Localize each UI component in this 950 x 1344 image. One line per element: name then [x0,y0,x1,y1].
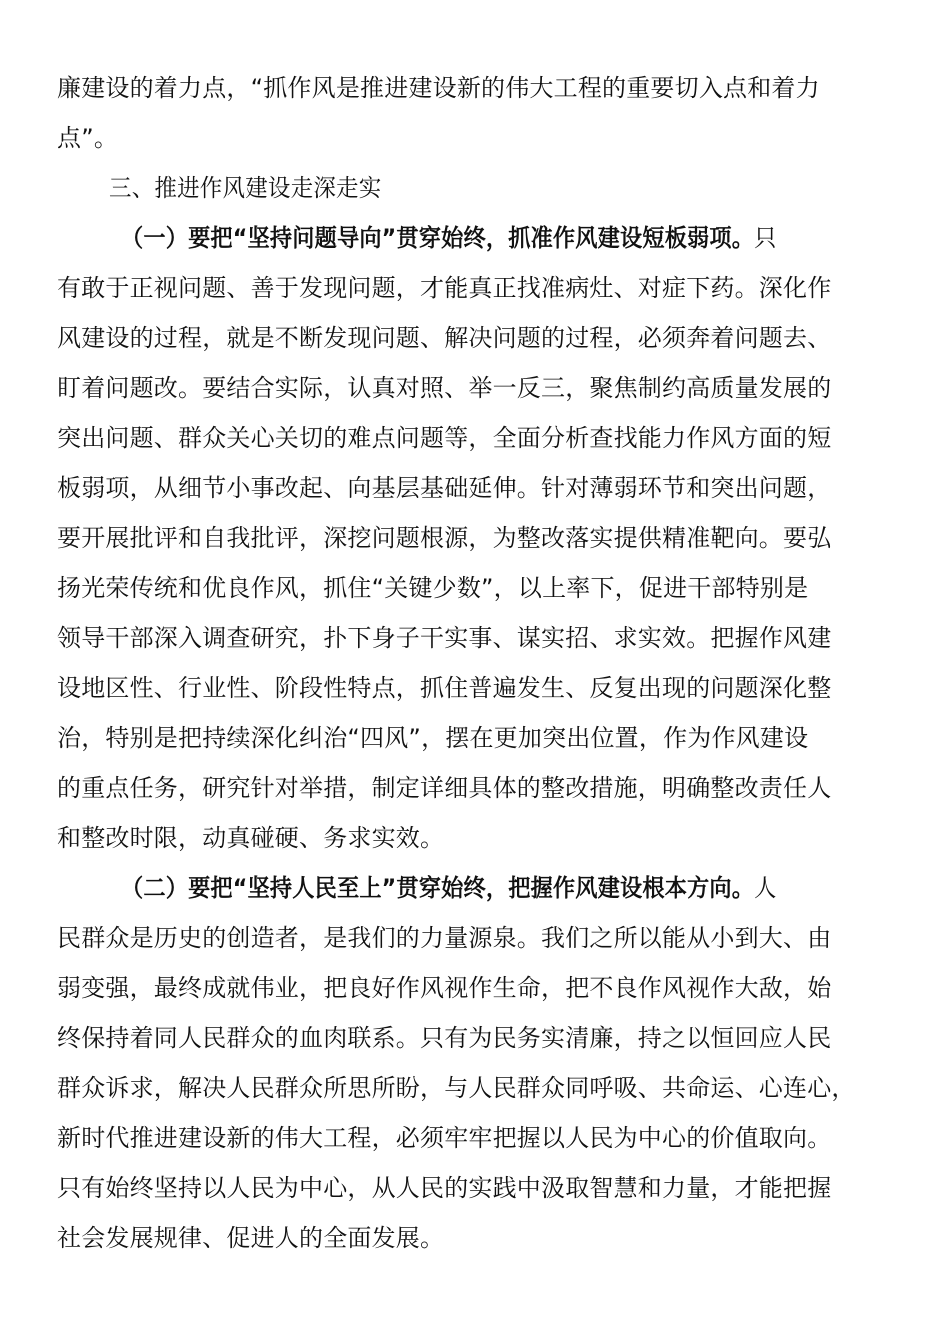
line-text: 群众诉求，解决人民群众所思所盼，与人民群众同呼吸、共命运、心连心， [57,1074,856,1102]
line-text: 只有始终坚持以人民为中心，从人民的实践中汲取智慧和力量，才能把握 [57,1174,831,1202]
text-line: 群众诉求，解决人民群众所思所盼，与人民群众同呼吸、共命运、心连心， [57,1063,897,1113]
line-text: 廉建设的着力点，“抓作风是推进建设新的伟大工程的重要切入点和着力 [57,74,820,102]
subsection-title: （二）要把“坚持人民至上”贯穿始终，把握作风建设根本方向。 [121,874,754,902]
text-line: 扬光荣传统和优良作风，抓住“关键少数”，以上率下，促进干部特别是 [57,563,897,613]
line-text: 要开展批评和自我批评，深挖问题根源，为整改落实提供精准靶向。要弘 [57,524,831,552]
text-line: 社会发展规律、促进人的全面发展。 [57,1213,897,1263]
subsection-title: （一）要把“坚持问题导向”贯穿始终，抓准作风建设短板弱项。 [121,224,754,252]
line-text: 新时代推进建设新的伟大工程，必须牢牢把握以人民为中心的价值取向。 [57,1124,831,1152]
text-line: 设地区性、行业性、阶段性特点，抓住普遍发生、反复出现的问题深化整 [57,663,897,713]
line-text: 只 [754,224,776,252]
document-page: 廉建设的着力点，“抓作风是推进建设新的伟大工程的重要切入点和着力 点”。 三、推… [0,0,950,1344]
text-line: 终保持着同人民群众的血肉联系。只有为民务实清廉，持之以恒回应人民 [57,1013,897,1063]
text-line: 民群众是历史的创造者，是我们的力量源泉。我们之所以能从小到大、由 [57,913,897,963]
section-heading: 三、推进作风建设走深走实 [109,163,897,213]
text-line: 要开展批评和自我批评，深挖问题根源，为整改落实提供精准靶向。要弘 [57,513,897,563]
line-text: 有敢于正视问题、善于发现问题，才能真正找准病灶、对症下药。深化作 [57,274,831,302]
heading-text: 三、推进作风建设走深走实 [109,174,381,202]
line-text: 盯着问题改。要结合实际，认真对照、举一反三，聚焦制约高质量发展的 [57,374,831,402]
text-line: 治，特别是把持续深化纠治“四风”，摆在更加突出位置，作为作风建设 [57,713,897,763]
text-line: 风建设的过程，就是不断发现问题、解决问题的过程，必须奔着问题去、 [57,313,897,363]
text-line: 只有始终坚持以人民为中心，从人民的实践中汲取智慧和力量，才能把握 [57,1163,897,1213]
line-text: 风建设的过程，就是不断发现问题、解决问题的过程，必须奔着问题去、 [57,324,831,352]
text-line: 有敢于正视问题、善于发现问题，才能真正找准病灶、对症下药。深化作 [57,263,897,313]
line-text: 治，特别是把持续深化纠治“四风”，摆在更加突出位置，作为作风建设 [57,724,808,752]
line-text: 板弱项，从细节小事改起、向基层基础延伸。针对薄弱环节和突出问题， [57,474,831,502]
text-line: 领导干部深入调查研究，扑下身子干实事、谋实招、求实效。把握作风建 [57,613,897,663]
line-text: 突出问题、群众关心关切的难点问题等，全面分析查找能力作风方面的短 [57,424,831,452]
line-text: 终保持着同人民群众的血肉联系。只有为民务实清廉，持之以恒回应人民 [57,1024,831,1052]
line-text: 弱变强，最终成就伟业，把良好作风视作生命，把不良作风视作大敌，始 [57,974,831,1002]
text-line: 新时代推进建设新的伟大工程，必须牢牢把握以人民为中心的价值取向。 [57,1113,897,1163]
text-line: 和整改时限，动真碰硬、务求实效。 [57,813,897,863]
line-text: 社会发展规律、促进人的全面发展。 [57,1224,444,1252]
line-text: 民群众是历史的创造者，是我们的力量源泉。我们之所以能从小到大、由 [57,924,831,952]
line-text: 人 [754,874,776,902]
subsection-line: （二）要把“坚持人民至上”贯穿始终，把握作风建设根本方向。人 [121,863,897,913]
text-line: 突出问题、群众关心关切的难点问题等，全面分析查找能力作风方面的短 [57,413,897,463]
text-line: 弱变强，最终成就伟业，把良好作风视作生命，把不良作风视作大敌，始 [57,963,897,1013]
text-line: 的重点任务，研究针对举措，制定详细具体的整改措施，明确整改责任人 [57,763,897,813]
line-text: 的重点任务，研究针对举措，制定详细具体的整改措施，明确整改责任人 [57,774,831,802]
line-text: 和整改时限，动真碰硬、务求实效。 [57,824,444,852]
text-line: 廉建设的着力点，“抓作风是推进建设新的伟大工程的重要切入点和着力 [57,63,897,113]
subsection-line: （一）要把“坚持问题导向”贯穿始终，抓准作风建设短板弱项。只 [121,213,897,263]
text-line: 点”。 [57,113,897,163]
line-text: 点”。 [57,124,118,152]
line-text: 领导干部深入调查研究，扑下身子干实事、谋实招、求实效。把握作风建 [57,624,831,652]
line-text: 设地区性、行业性、阶段性特点，抓住普遍发生、反复出现的问题深化整 [57,674,831,702]
text-line: 板弱项，从细节小事改起、向基层基础延伸。针对薄弱环节和突出问题， [57,463,897,513]
text-line: 盯着问题改。要结合实际，认真对照、举一反三，聚焦制约高质量发展的 [57,363,897,413]
line-text: 扬光荣传统和优良作风，抓住“关键少数”，以上率下，促进干部特别是 [57,574,808,602]
